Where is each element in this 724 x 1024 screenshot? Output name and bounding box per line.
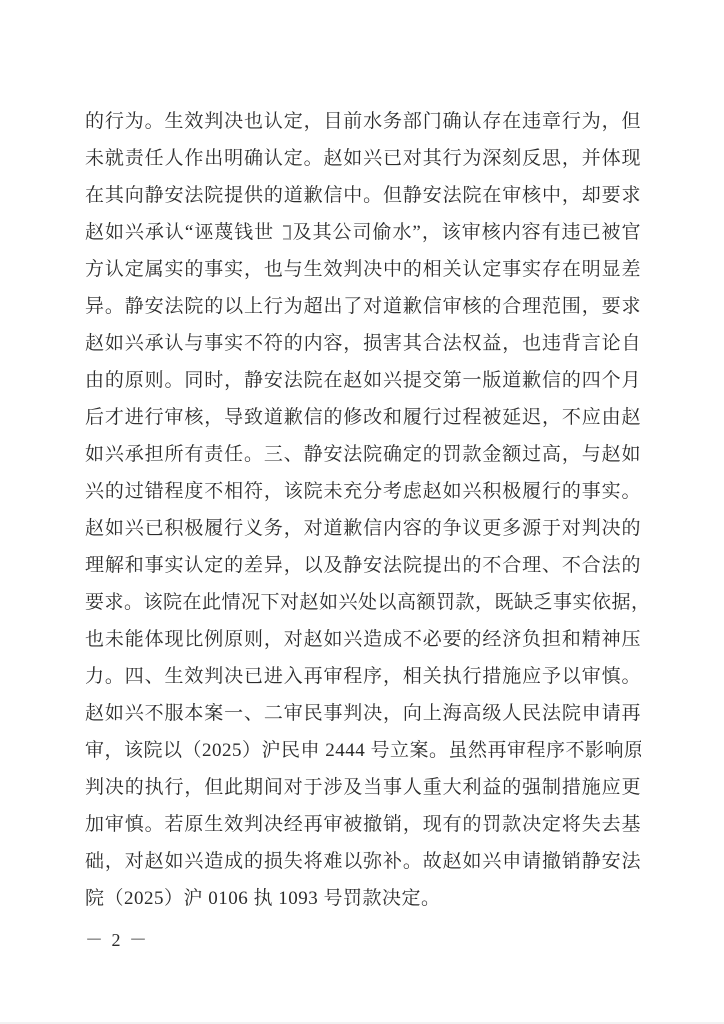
document-line: 础，对赵如兴造成的损失将难以弥补。故赵如兴申请撤销静安法 [85, 843, 641, 880]
document-line: 力。四、生效判决已进入再审程序，相关执行措施应予以审慎。 [85, 658, 641, 695]
document-line: 院（2025）沪 0106 执 1093 号罚款决定。 [85, 880, 641, 917]
document-line: 后才进行审核，导致道歉信的修改和履行过程被延迟，不应由赵 [85, 399, 641, 436]
document-line: 理解和事实认定的差异，以及静安法院提出的不合理、不合法的 [85, 547, 641, 584]
scanned-document-page: 的行为。生效判决也认定，目前水务部门确认存在违章行为，但 未就责任人作出明确认定… [0, 0, 724, 1024]
document-line: 的行为。生效判决也认定，目前水务部门确认存在违章行为，但 [85, 103, 641, 140]
document-line: 也未能体现比例原则，对赵如兴造成不必要的经济负担和精神压 [85, 621, 641, 658]
document-line: 判决的执行，但此期间对于涉及当事人重大利益的强制措施应更 [85, 769, 641, 806]
redaction-after-text: 及其公司偷水”，该审核内容有违已被官 [292, 222, 641, 243]
document-line-with-redaction: 赵如兴承认“诬蔑钱世及其公司偷水”，该审核内容有违已被官 [85, 214, 641, 251]
document-line: 由的原则。同时，静安法院在赵如兴提交第一版道歉信的四个月 [85, 362, 641, 399]
document-line: 异。静安法院的以上行为超出了对道歉信审核的合理范围，要求 [85, 288, 641, 325]
document-line: 要求。该院在此情况下对赵如兴处以高额罚款，既缺乏事实依据， [85, 584, 641, 621]
document-line: 赵如兴已积极履行义务，对道歉信内容的争议更多源于对判决的 [85, 510, 641, 547]
document-line: 方认定属实的事实，也与生效判决中的相关认定事实存在明显差 [85, 251, 641, 288]
covered-character-fragment [283, 225, 291, 240]
document-body: 的行为。生效判决也认定，目前水务部门确认存在违章行为，但 未就责任人作出明确认定… [85, 103, 641, 917]
redaction-before-text: 赵如兴承认“诬蔑钱世 [85, 222, 274, 243]
redaction-overlay [274, 221, 292, 240]
document-line: 赵如兴不服本案一、二审民事判决，向上海高级人民法院申请再 [85, 695, 641, 732]
document-line: 赵如兴承认与事实不符的内容，损害其合法权益，也违背言论自 [85, 325, 641, 362]
document-line: 审，该院以（2025）沪民申 2444 号立案。虽然再审程序不影响原 [85, 732, 641, 769]
document-line: 兴的过错程度不相符，该院未充分考虑赵如兴积极履行的事实。 [85, 473, 641, 510]
document-line: 在其向静安法院提供的道歉信中。但静安法院在审核中，却要求 [85, 177, 641, 214]
page-number: － 2 － [85, 928, 149, 952]
document-line: 如兴承担所有责任。三、静安法院确定的罚款金额过高，与赵如 [85, 436, 641, 473]
document-line: 加审慎。若原生效判决经再审被撤销，现有的罚款决定将失去基 [85, 806, 641, 843]
document-line: 未就责任人作出明确认定。赵如兴已对其行为深刻反思，并体现 [85, 140, 641, 177]
